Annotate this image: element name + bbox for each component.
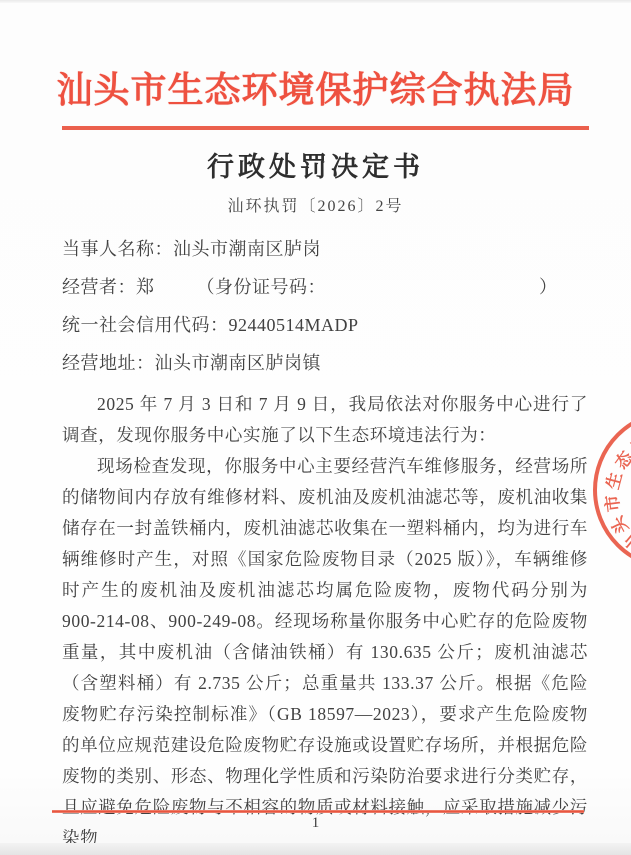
paragraph-findings: 现场检查发现，你服务中心主要经营汽车维修服务，经营场所的储物间内存放有维修材料、… bbox=[62, 451, 588, 854]
doc-number: 汕环执罚〔2026〕2号 bbox=[0, 193, 631, 216]
official-seal: 汕头市生态环境保护综合执法局 bbox=[585, 400, 631, 580]
field-credit-code-value: 92440514MADP bbox=[229, 315, 359, 335]
letterhead-rule bbox=[62, 126, 589, 130]
svg-text:态: 态 bbox=[611, 446, 631, 472]
field-party-name-label: 当事人名称： bbox=[62, 239, 173, 259]
paragraph-investigation: 2025 年 7 月 3 日和 7 月 9 日，我局依法对你服务中心进行了调查，… bbox=[62, 389, 588, 451]
page-edge-shadow-bottom bbox=[0, 843, 631, 855]
doc-title: 行政处罚决定书 bbox=[0, 145, 631, 184]
field-address: 经营地址：汕头市潮南区胪岗镇 bbox=[62, 344, 588, 382]
decision-body: 2025 年 7 月 3 日和 7 月 9 日，我局依法对你服务中心进行了调查，… bbox=[62, 389, 588, 854]
document-page: 汕头市生态环境保护综合执法局 行政处罚决定书 汕环执罚〔2026〕2号 当事人名… bbox=[0, 0, 631, 855]
field-address-value: 汕头市潮南区胪岗镇 bbox=[155, 353, 322, 373]
field-credit-code: 统一社会信用代码：92440514MADP bbox=[62, 306, 588, 344]
field-party-name-value: 汕头市潮南区胪岗 bbox=[173, 239, 321, 259]
party-info-section: 当事人名称：汕头市潮南区胪岗 经营者：郑 （身份证号码： ） 统一社会信用代码：… bbox=[62, 230, 588, 382]
field-operator-value: 郑 （身份证号码： ） bbox=[136, 277, 558, 297]
seal-arc-text: 汕头市生态环境保护综合执法局 bbox=[601, 425, 631, 556]
page-number: 1 bbox=[0, 815, 631, 832]
field-operator: 经营者：郑 （身份证号码： ） bbox=[62, 268, 588, 306]
agency-letterhead: 汕头市生态环境保护综合执法局 bbox=[0, 62, 631, 113]
svg-text:市: 市 bbox=[601, 494, 623, 513]
svg-text:生: 生 bbox=[602, 470, 626, 491]
footer-rule bbox=[52, 810, 584, 813]
field-party-name: 当事人名称：汕头市潮南区胪岗 bbox=[62, 230, 588, 268]
page-edge-shadow-top bbox=[0, 0, 631, 3]
field-credit-code-label: 统一社会信用代码： bbox=[62, 315, 229, 335]
field-address-label: 经营地址： bbox=[62, 353, 155, 373]
field-operator-label: 经营者： bbox=[62, 277, 136, 297]
